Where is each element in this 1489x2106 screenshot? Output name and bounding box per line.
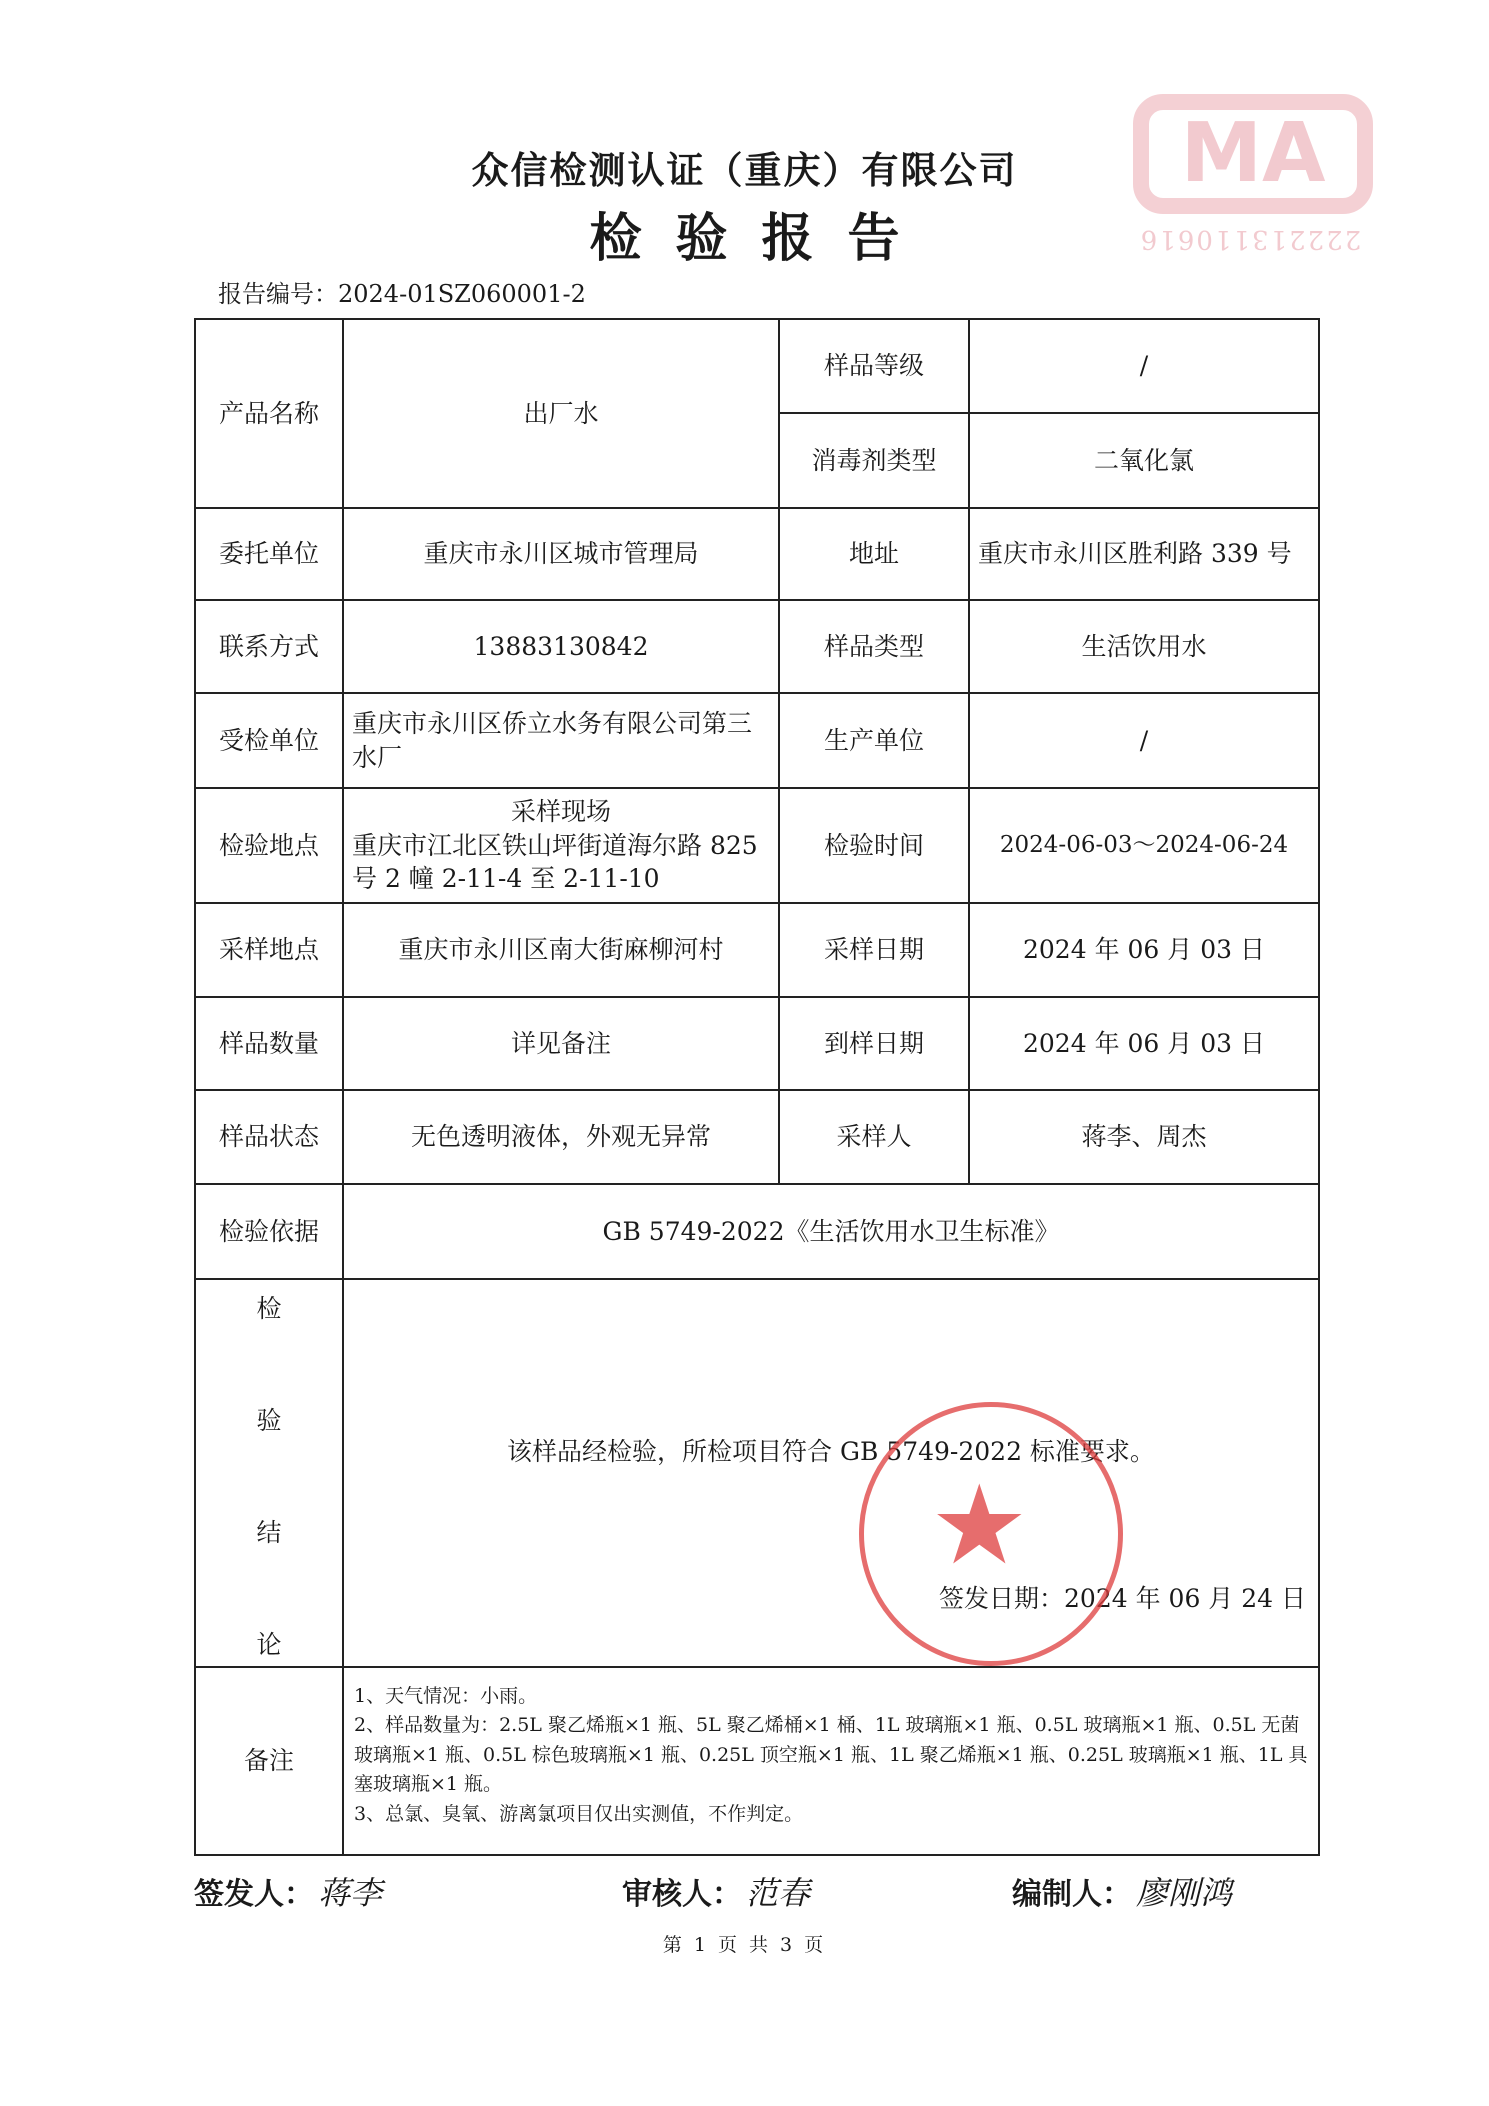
report-number-label: 报告编号： xyxy=(218,280,338,308)
inspected-unit-label: 受检单位 xyxy=(195,693,343,788)
remark-line: 2、样品数量为：2.5L 聚乙烯瓶×1 瓶、5L 聚乙烯桶×1 桶、1L 玻璃瓶… xyxy=(354,1711,1308,1799)
sample-quantity-value: 详见备注 xyxy=(343,997,779,1090)
sampling-date-label: 采样日期 xyxy=(779,903,969,997)
client-label: 委托单位 xyxy=(195,508,343,600)
test-location-value: 采样现场 重庆市江北区铁山坪街道海尔路 825 号 2 幢 2-11-4 至 2… xyxy=(343,788,779,903)
inspected-unit-value: 重庆市永川区侨立水务有限公司第三水厂 xyxy=(343,693,779,788)
address-value: 重庆市永川区胜利路 339 号 xyxy=(969,508,1319,600)
disinfectant-value: 二氧化氯 xyxy=(969,413,1319,508)
conclusion-char: 结 xyxy=(204,1516,334,1628)
product-name-value: 出厂水 xyxy=(343,319,779,508)
report-number: 报告编号：2024-01SZ060001-2 xyxy=(218,274,586,309)
client-value: 重庆市永川区城市管理局 xyxy=(343,508,779,600)
sample-quantity-label: 样品数量 xyxy=(195,997,343,1090)
test-location-label: 检验地点 xyxy=(195,788,343,903)
sample-grade-label: 样品等级 xyxy=(779,319,969,413)
disinfectant-label: 消毒剂类型 xyxy=(779,413,969,508)
basis-label: 检验依据 xyxy=(195,1184,343,1279)
issuer-label: 签发人： xyxy=(194,1877,314,1912)
producer-label: 生产单位 xyxy=(779,693,969,788)
sample-state-value: 无色透明液体，外观无异常 xyxy=(343,1090,779,1184)
sampling-date-value: 2024 年 06 月 03 日 xyxy=(969,903,1319,997)
conclusion-char: 论 xyxy=(204,1628,334,1662)
sampling-location-label: 采样地点 xyxy=(195,903,343,997)
compiler-sig: 廖刚鸿 xyxy=(1136,1874,1232,1912)
arrival-date-value: 2024 年 06 月 03 日 xyxy=(969,997,1319,1090)
conclusion-char: 验 xyxy=(204,1404,334,1516)
sample-type-label: 样品类型 xyxy=(779,600,969,693)
product-name-label: 产品名称 xyxy=(195,319,343,508)
reviewer-label: 审核人： xyxy=(622,1877,742,1912)
issuer-sig: 蒋李 xyxy=(318,1874,382,1912)
conclusion-char: 检 xyxy=(204,1292,334,1404)
test-location-line1: 采样现场 xyxy=(352,795,770,829)
basis-value: GB 5749-2022《生活饮用水卫生标准》 xyxy=(343,1184,1319,1279)
report-number-value: 2024-01SZ060001-2 xyxy=(338,280,586,308)
sampling-location-value: 重庆市永川区南大街麻柳河村 xyxy=(343,903,779,997)
issuer-signature: 签发人：蒋李 xyxy=(194,1868,382,1914)
stamp-star-icon: ★ xyxy=(930,1470,1029,1580)
compiler-signature: 编制人：廖刚鸿 xyxy=(1012,1868,1232,1914)
report-table: 产品名称 出厂水 样品等级 / 消毒剂类型 二氧化氯 委托单位 重庆市永川区城市… xyxy=(194,318,1320,1856)
page-number: 第 1 页 共 3 页 xyxy=(0,1930,1489,1957)
sample-grade-value: / xyxy=(969,319,1319,413)
address-label: 地址 xyxy=(779,508,969,600)
company-name: 众信检测认证（重庆）有限公司 xyxy=(0,140,1489,194)
reviewer-sig: 范春 xyxy=(746,1874,810,1912)
arrival-date-label: 到样日期 xyxy=(779,997,969,1090)
sample-type-value: 生活饮用水 xyxy=(969,600,1319,693)
sampler-value: 蒋李、周杰 xyxy=(969,1090,1319,1184)
conclusion-text: 该样品经检验，所检项目符合 GB 5749-2022 标准要求。 xyxy=(344,1435,1318,1469)
reviewer-signature: 审核人：范春 xyxy=(622,1868,810,1914)
remarks-label: 备注 xyxy=(195,1667,343,1855)
sample-state-label: 样品状态 xyxy=(195,1090,343,1184)
conclusion-cell: 该样品经检验，所检项目符合 GB 5749-2022 标准要求。 签发日期：20… xyxy=(343,1279,1319,1667)
remark-line: 3、总氯、臭氧、游离氯项目仅出实测值，不作判定。 xyxy=(354,1800,1308,1829)
sampler-label: 采样人 xyxy=(779,1090,969,1184)
remarks-value: 1、天气情况：小雨。 2、样品数量为：2.5L 聚乙烯瓶×1 瓶、5L 聚乙烯桶… xyxy=(343,1667,1319,1855)
test-time-label: 检验时间 xyxy=(779,788,969,903)
contact-value: 13883130842 xyxy=(343,600,779,693)
producer-value: / xyxy=(969,693,1319,788)
contact-label: 联系方式 xyxy=(195,600,343,693)
test-time-value: 2024-06-03～2024-06-24 xyxy=(969,788,1319,903)
report-title: 检验报告 xyxy=(0,196,1489,271)
remark-line: 1、天气情况：小雨。 xyxy=(354,1682,1308,1711)
compiler-label: 编制人： xyxy=(1012,1877,1132,1912)
test-location-line2: 重庆市江北区铁山坪街道海尔路 825 号 2 幢 2-11-4 至 2-11-1… xyxy=(352,829,770,897)
conclusion-label: 检 验 结 论 xyxy=(195,1279,343,1667)
